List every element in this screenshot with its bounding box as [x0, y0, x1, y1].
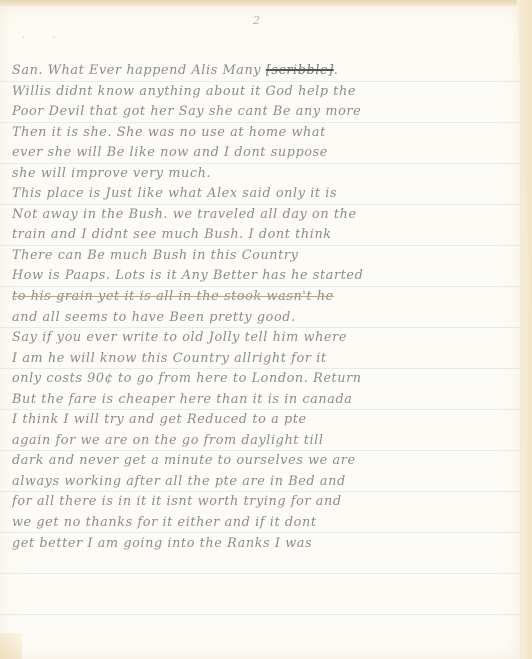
letter-line: and all seems to have Been pretty good. [12, 308, 517, 329]
ruled-line [0, 614, 520, 615]
letter-line: only costs 90¢ to go from here to London… [12, 369, 517, 390]
paper-corner [0, 633, 22, 659]
letter-line: she will improve very much. [12, 164, 517, 185]
letter-line: we get no thanks for it either and if it… [12, 513, 517, 534]
struck-word: [scribble] [266, 63, 334, 78]
letter-line: But the fare is cheaper here than it is … [12, 390, 517, 411]
letter-line: train and I didnt see much Bush. I dont … [12, 225, 517, 246]
letter-line: Willis didnt know anything about it God … [12, 82, 517, 103]
letter-line: Say if you ever write to old Jolly tell … [12, 328, 517, 349]
letter-line: This place is Just like what Alex said o… [12, 184, 517, 205]
letter-line: get better I am going into the Ranks I w… [12, 534, 517, 555]
letter-line: I think I will try and get Reduced to a … [12, 410, 517, 431]
letter-line: Not away in the Bush. we traveled all da… [12, 205, 517, 226]
letter-line: San. What Ever happend Alis Many [scribb… [12, 61, 517, 82]
letter-line: Then it is she. She was no use at home w… [12, 123, 517, 144]
letter-line-crossed: to his grain yet it is all in the stook … [12, 287, 517, 308]
letter-line: for all there is in it it isnt worth try… [12, 492, 517, 513]
letter-line: dark and never get a minute to ourselves… [12, 451, 517, 472]
letter-line: There can Be much Bush in this Country [12, 246, 517, 267]
letter-line: Poor Devil that got her Say she cant Be … [12, 102, 517, 123]
letter-line: How is Paaps. Lots is it Any Better has … [12, 266, 517, 287]
letter-body: San. What Ever happend Alis Many [scribb… [12, 61, 517, 554]
letter-line: again for we are on the go from daylight… [12, 431, 517, 452]
letter-line: ever she will Be like now and I dont sup… [12, 143, 517, 164]
line-text: San. What Ever happend Alis Many [12, 63, 266, 78]
ruled-line [0, 573, 520, 574]
line-punct: . [334, 63, 339, 78]
page-number: 2 [253, 14, 260, 27]
letter-line: always working after all the pte are in … [12, 472, 517, 493]
header-marks: . . [22, 30, 68, 41]
letter-line: I am he will know this Country allright … [12, 349, 517, 370]
